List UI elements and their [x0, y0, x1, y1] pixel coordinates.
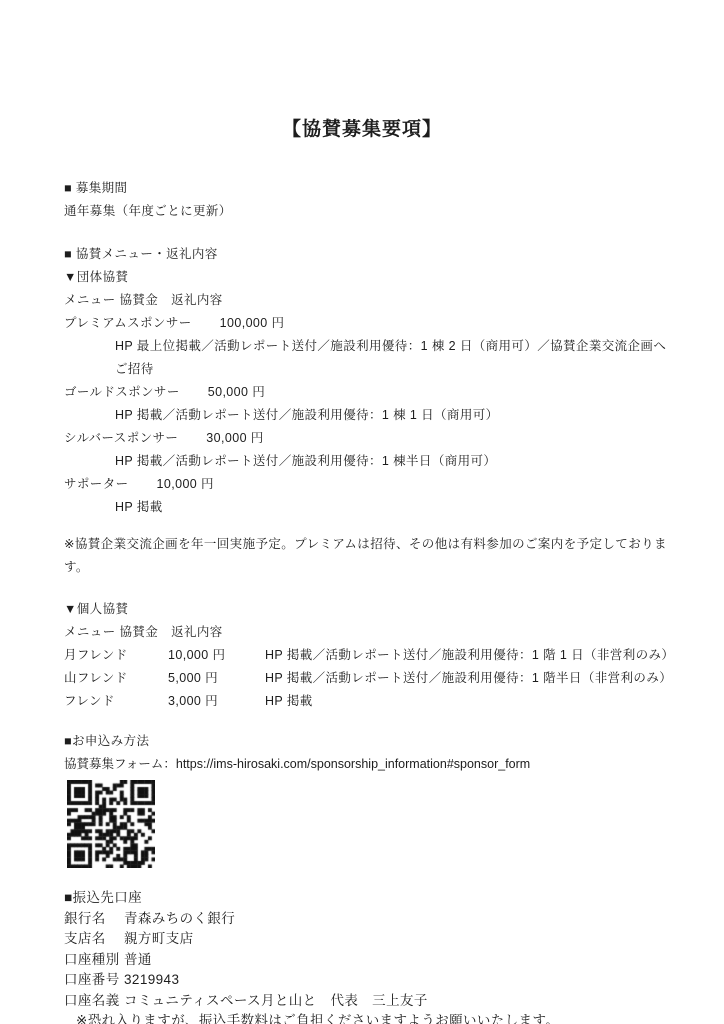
individual-tier-price: 5,000 円	[168, 667, 265, 690]
recruitment-period-body: 通年募集（年度ごとに更新）	[64, 200, 684, 223]
individual-tier-price: 3,000 円	[168, 690, 265, 713]
bank-row-value: 3219943	[124, 970, 179, 991]
org-tier-price: 100,000 円	[220, 316, 285, 330]
individual-tier-row: フレンド 3,000 円 HP 掲載	[64, 690, 684, 713]
org-tier-row: プレミアムスポンサー100,000 円	[64, 312, 684, 335]
org-tier-name: ゴールドスポンサー	[64, 385, 180, 399]
application-form-url: 協賛募集フォーム：https://ims-hirosaki.com/sponso…	[64, 753, 684, 776]
individual-tier-benefit: HP 掲載／活動レポート送付／施設利用優待：1 階半日（非営利のみ）	[265, 667, 684, 690]
section-heading-sponsor-menu: ■ 協賛メニュー・返礼内容	[64, 243, 684, 266]
document-body: ■ 募集期間 通年募集（年度ごとに更新） ■ 協賛メニュー・返礼内容 ▼団体協賛…	[64, 177, 684, 1024]
individual-tier-row: 月フレンド 10,000 円 HP 掲載／活動レポート送付／施設利用優待：1 階…	[64, 644, 684, 667]
bank-transfer-section: ■振込先口座 銀行名 青森みちのく銀行 支店名 親方町支店 口座種別 普通 口座…	[64, 888, 684, 1024]
org-tier-row: ゴールドスポンサー50,000 円	[64, 381, 684, 404]
org-sponsor-note: ※協賛企業交流企画を年一回実施予定。プレミアムは招待、その他は有料参加のご案内を…	[64, 533, 684, 579]
org-tier-row: サポーター10,000 円	[64, 473, 684, 496]
bank-row-value: 青森みちのく銀行	[124, 909, 235, 930]
org-tier-benefit: HP 掲載／活動レポート送付／施設利用優待：1 棟半日（商用可）	[115, 450, 684, 473]
bank-row-label: 支店名	[64, 929, 124, 950]
org-tier-price: 50,000 円	[208, 385, 265, 399]
bank-row: 口座種別 普通	[64, 950, 684, 971]
section-heading-recruitment-period: ■ 募集期間	[64, 177, 684, 200]
individual-tier-name: 山フレンド	[64, 667, 168, 690]
individual-tier-benefit: HP 掲載／活動レポート送付／施設利用優待：1 階 1 日（非営利のみ）	[265, 644, 684, 667]
qr-code	[67, 780, 684, 868]
bank-fee-note: ※恐れ入りますが、振込手数料はご負担くださいますようお願いいたします。	[76, 1011, 684, 1024]
org-tier-price: 10,000 円	[157, 477, 214, 491]
individual-tier-benefit: HP 掲載	[265, 690, 684, 713]
page-title: 【協賛募集要項】	[0, 114, 724, 141]
subsection-heading-individual-sponsor: ▼個人協賛	[64, 598, 684, 621]
bank-row: 口座名義 コミュニティスペース月と山と 代表 三上友子	[64, 991, 684, 1012]
bank-row-value: コミュニティスペース月と山と 代表 三上友子	[124, 991, 428, 1012]
individual-tier-row: 山フレンド 5,000 円 HP 掲載／活動レポート送付／施設利用優待：1 階半…	[64, 667, 684, 690]
org-tier-name: サポーター	[64, 477, 129, 491]
org-tier-price: 30,000 円	[206, 431, 263, 445]
org-tier-name: シルバースポンサー	[64, 431, 178, 445]
org-tier-benefit: HP 掲載／活動レポート送付／施設利用優待：1 棟 1 日（商用可）	[115, 404, 684, 427]
subsection-heading-org-sponsor: ▼団体協賛	[64, 266, 684, 289]
individual-tier-name: フレンド	[64, 690, 168, 713]
org-tier-benefit: ご招待	[115, 358, 684, 381]
bank-row-value: 普通	[124, 950, 152, 971]
bank-row-label: 口座名義	[64, 991, 124, 1012]
bank-row-label: 銀行名	[64, 909, 124, 930]
org-tier-benefit: HP 最上位掲載／活動レポート送付／施設利用優待：1 棟 2 日（商用可）／協賛…	[115, 335, 684, 358]
individual-tier-price: 10,000 円	[168, 644, 265, 667]
org-tier-name: プレミアムスポンサー	[64, 316, 192, 330]
org-tier-row: シルバースポンサー30,000 円	[64, 427, 684, 450]
bank-row-label: 口座種別	[64, 950, 124, 971]
bank-row-value: 親方町支店	[124, 929, 194, 950]
org-tier-benefit: HP 掲載	[115, 496, 684, 519]
bank-row: 口座番号 3219943	[64, 970, 684, 991]
org-columns-header: メニュー 協賛金 返礼内容	[64, 289, 684, 312]
bank-row: 支店名 親方町支店	[64, 929, 684, 950]
individual-tier-name: 月フレンド	[64, 644, 168, 667]
bank-row-label: 口座番号	[64, 970, 124, 991]
document-page: 【協賛募集要項】 ■ 募集期間 通年募集（年度ごとに更新） ■ 協賛メニュー・返…	[0, 0, 724, 1024]
section-heading-bank-account: ■振込先口座	[64, 888, 684, 909]
section-heading-application: ■お申込み方法	[64, 730, 684, 753]
bank-row: 銀行名 青森みちのく銀行	[64, 909, 684, 930]
individual-columns-header: メニュー 協賛金 返礼内容	[64, 621, 684, 644]
